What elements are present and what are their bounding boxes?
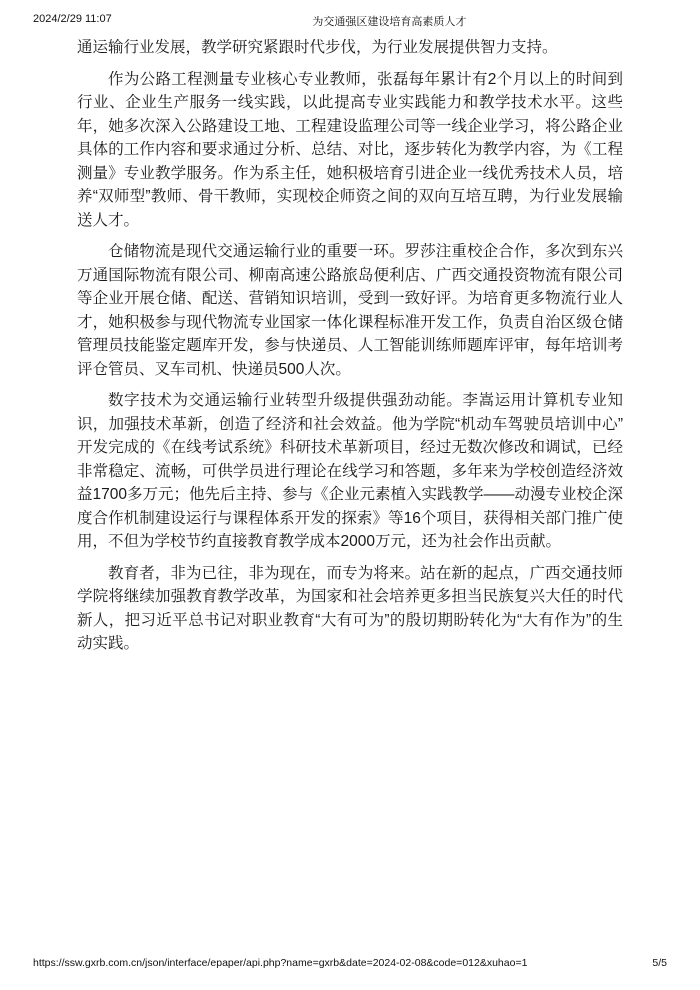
article-paragraph: 作为公路工程测量专业核心专业教师，张磊每年累计有2个月以上的时间到行业、企业生产… (77, 68, 623, 233)
printed-page: { "header": { "datetime": "2024/2/29 11:… (0, 0, 700, 990)
article-paragraph: 仓储物流是现代交通运输行业的重要一环。罗莎注重校企合作，多次到东兴万通国际物流有… (77, 240, 623, 381)
page-number: 5/5 (652, 957, 667, 969)
source-url: https://ssw.gxrb.com.cn/json/interface/e… (33, 957, 567, 969)
print-footer: https://ssw.gxrb.com.cn/json/interface/e… (33, 957, 667, 969)
article-paragraph: 教育者，非为已往，非为现在，而专为将来。站在新的起点，广西交通技师学院将继续加强… (77, 562, 623, 656)
article-paragraph-continuation: 通运输行业发展，教学研究紧跟时代步伐，为行业发展提供智力支持。 (77, 36, 623, 60)
print-datetime: 2024/2/29 11:07 (33, 13, 112, 25)
document-title: 为交通强区建设培育高素质人才 (112, 13, 667, 29)
article-paragraph: 数字技术为交通运输行业转型升级提供强劲动能。李嵩运用计算机专业知识，加强技术革新… (77, 389, 623, 554)
print-header: 2024/2/29 11:07 为交通强区建设培育高素质人才 (33, 13, 667, 29)
article-body: 通运输行业发展，教学研究紧跟时代步伐，为行业发展提供智力支持。 作为公路工程测量… (77, 36, 623, 664)
